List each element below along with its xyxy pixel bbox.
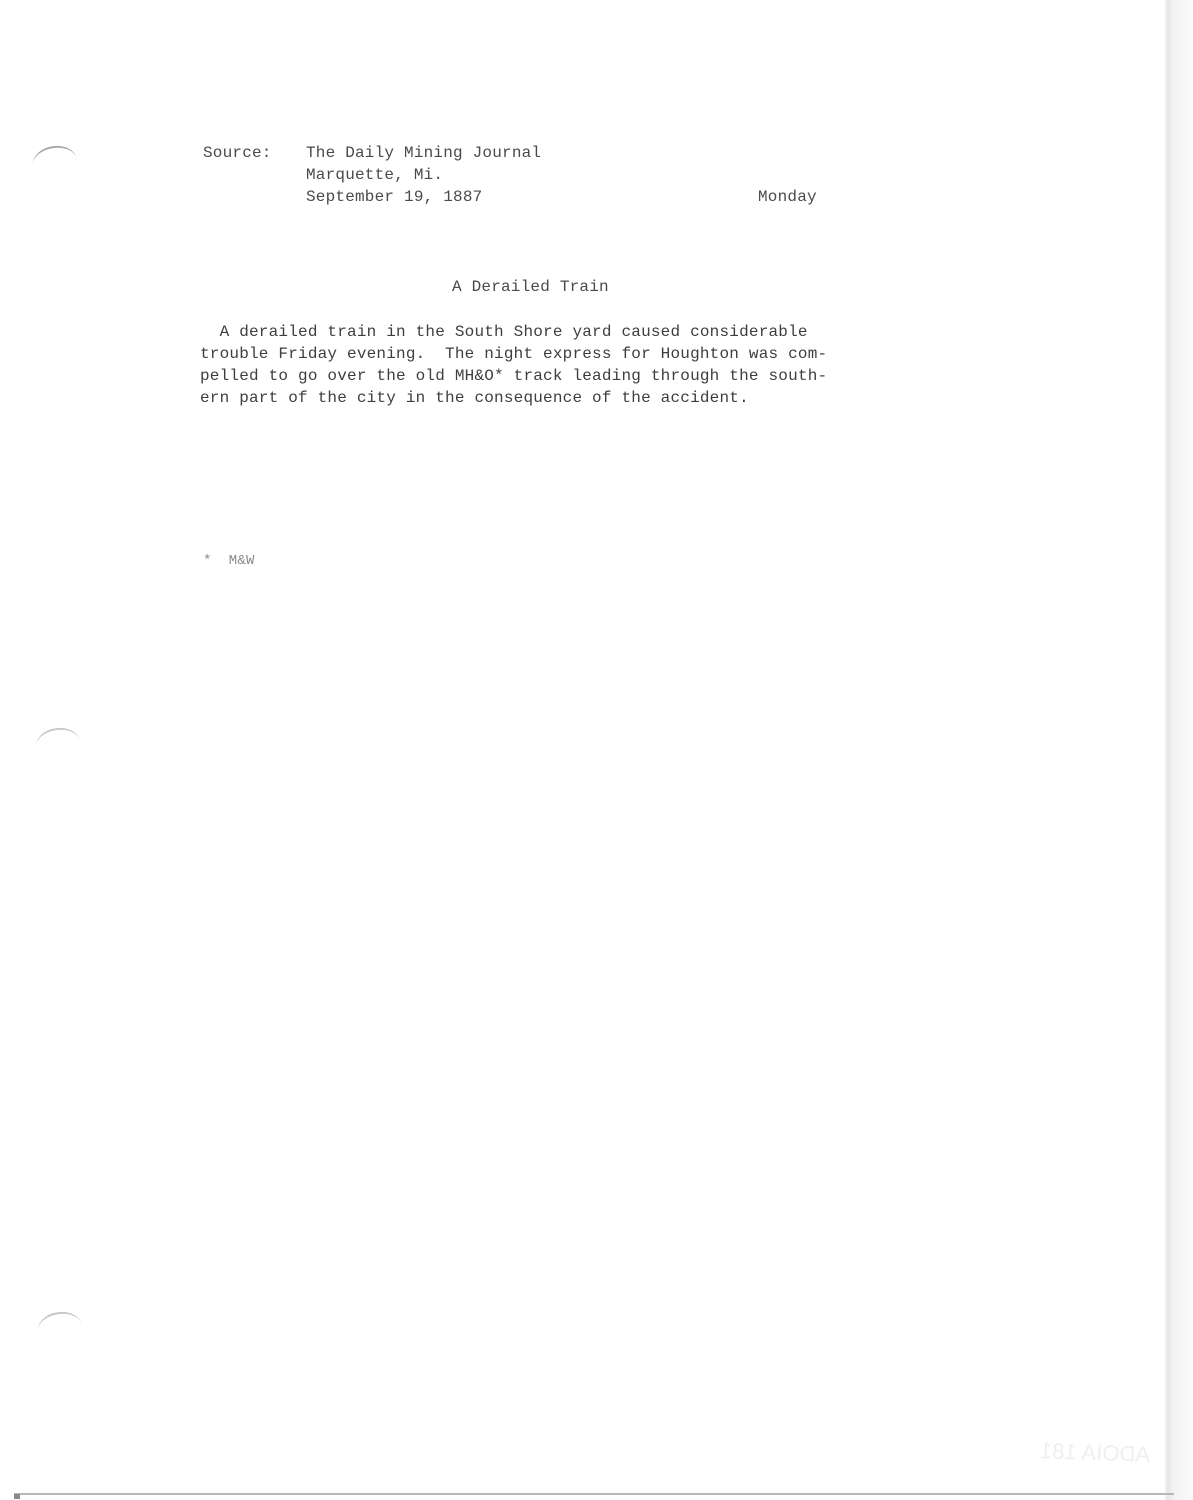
scan-artifact xyxy=(14,1494,20,1499)
scanned-page: Source: The Daily Mining Journal Marquet… xyxy=(0,0,1193,1500)
bleed-through-text: ADOIA 181 xyxy=(1040,1438,1151,1468)
page-edge-shadow xyxy=(1165,0,1193,1500)
punch-hole-mark xyxy=(31,143,79,181)
article-body-line: pelled to go over the old MH&O* track le… xyxy=(200,365,827,387)
page-bottom-edge xyxy=(14,1493,1174,1495)
article-body-line: A derailed train in the South Shore yard… xyxy=(200,321,808,343)
punch-hole-mark xyxy=(36,1309,84,1347)
punch-hole-mark xyxy=(34,725,82,763)
source-publication: The Daily Mining Journal xyxy=(306,142,541,164)
source-location: Marquette, Mi. xyxy=(306,164,443,186)
article-body-line: trouble Friday evening. The night expres… xyxy=(200,343,827,365)
article-body-line: ern part of the city in the consequence … xyxy=(200,387,749,409)
article-headline: A Derailed Train xyxy=(452,276,609,298)
source-weekday: Monday xyxy=(758,186,817,208)
source-label: Source: xyxy=(203,142,272,164)
source-date: September 19, 1887 xyxy=(306,186,482,208)
footnote: * M&W xyxy=(203,550,255,572)
